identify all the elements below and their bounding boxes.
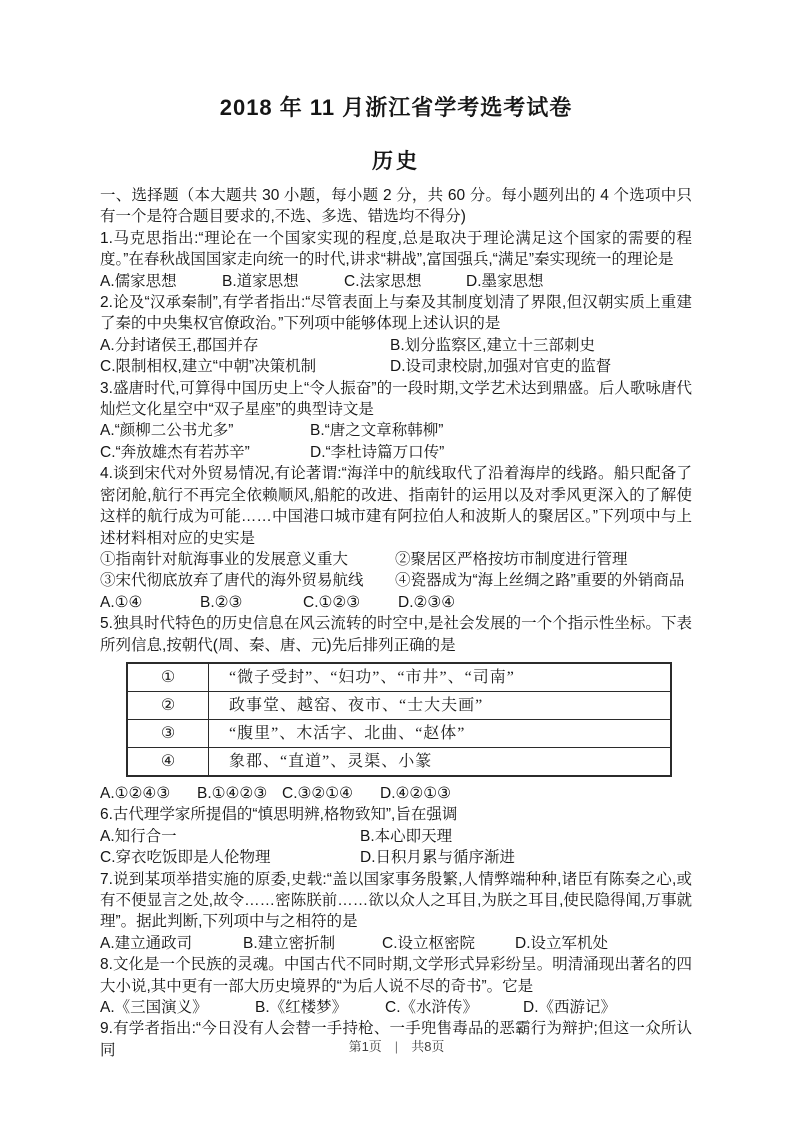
option-d: D.墨家思想 <box>466 271 544 292</box>
table-row: ① “微子受封”、“妇功”、“市井”、“司南” <box>127 663 671 692</box>
question-3-options-row-1: A.“颜柳二公书尤多” B.“唐之文章称韩柳” <box>100 420 692 441</box>
option-b: B.建立密折制 <box>243 933 382 954</box>
section-header: 一、选择题（本大题共 30 小题，每小题 2 分，共 60 分。每小题列出的 4… <box>100 185 692 228</box>
option-c: C.①②③ <box>303 592 398 613</box>
statement-2: ②聚居区严格按坊市制度进行管理 <box>395 549 628 570</box>
question-8-text: 8.文化是一个民族的灵魂。中国古代不同时期,文学形式异彩纷呈。明清涌现出著名的四… <box>100 954 692 997</box>
question-5-options: A.①②④③ B.①④②③ C.③②①④ D.④②①③ <box>100 783 692 804</box>
table-row: ② 政事堂、越窑、夜市、“士大夫画” <box>127 691 671 719</box>
question-7-text: 7.说到某项举措实施的原委,史载:“盖以国家事务殷繁,人情弊端种种,诸臣有陈奏之… <box>100 869 692 933</box>
statement-3: ③宋代彻底放弃了唐代的海外贸易航线 <box>100 570 395 591</box>
table-row-number: ② <box>127 691 209 719</box>
option-d: D.设司隶校尉,加强对官吏的监督 <box>390 356 611 377</box>
option-c: C.穿衣吃饭即是人伦物理 <box>100 847 360 868</box>
option-c: C.法家思想 <box>344 271 466 292</box>
question-5-text: 5.独具时代特色的历史信息在风云流转的时空中,是社会发展的一个个指示性坐标。下表… <box>100 613 692 656</box>
option-b: B.划分监察区,建立十三部刺史 <box>390 335 595 356</box>
option-a: A.①④ <box>100 592 200 613</box>
question-7-options: A.建立通政司 B.建立密折制 C.设立枢密院 D.设立军机处 <box>100 933 692 954</box>
exam-body: 一、选择题（本大题共 30 小题，每小题 2 分，共 60 分。每小题列出的 4… <box>100 185 692 1061</box>
question-2-options-row-2: C.限制相权,建立“中朝”决策机制 D.设司隶校尉,加强对官吏的监督 <box>100 356 692 377</box>
option-d: D.④②①③ <box>380 783 451 804</box>
option-a: A.知行合一 <box>100 826 360 847</box>
page-footer: 第1页|共8页 <box>0 1036 793 1055</box>
question-6-text: 6.古代理学家所提倡的“慎思明辨,格物致知”,旨在强调 <box>100 804 692 825</box>
option-a: A.分封诸侯王,郡国并存 <box>100 335 390 356</box>
statement-4: ④瓷器成为“海上丝绸之路”重要的外销商品 <box>395 570 684 591</box>
statement-1: ①指南针对航海事业的发展意义重大 <box>100 549 395 570</box>
footer-separator: | <box>395 1039 398 1054</box>
option-b: B.“唐之文章称韩柳” <box>310 420 443 441</box>
option-a: A.①②④③ <box>100 783 197 804</box>
exam-page: 2018 年 11 月浙江省学考选考试卷 历史 一、选择题（本大题共 30 小题… <box>100 0 692 1061</box>
option-c: C.限制相权,建立“中朝”决策机制 <box>100 356 390 377</box>
option-d: D.《西游记》 <box>523 997 616 1018</box>
table-row-number: ① <box>127 663 209 692</box>
table-row-content: “腹里”、木活字、北曲、“赵体” <box>209 719 672 747</box>
footer-total-pages: 共8页 <box>411 1039 444 1054</box>
question-5-table: ① “微子受封”、“妇功”、“市井”、“司南” ② 政事堂、越窑、夜市、“士大夫… <box>126 662 672 777</box>
question-2-options-row-1: A.分封诸侯王,郡国并存 B.划分监察区,建立十三部刺史 <box>100 335 692 356</box>
table-row-content: 象郡、“直道”、灵渠、小篆 <box>209 747 672 776</box>
question-3-text: 3.盛唐时代,可算得中国历史上“令人振奋”的一段时期,文学艺术达到鼎盛。后人歌咏… <box>100 378 692 421</box>
question-6-options-row-2: C.穿衣吃饭即是人伦物理 D.日积月累与循序渐进 <box>100 847 692 868</box>
option-b: B.《红楼梦》 <box>255 997 385 1018</box>
question-4-options: A.①④ B.②③ C.①②③ D.②③④ <box>100 592 692 613</box>
footer-page-number: 第1页 <box>349 1039 382 1054</box>
option-d: D.“李杜诗篇万口传” <box>310 442 444 463</box>
option-d: D.设立军机处 <box>515 933 608 954</box>
table-row-number: ④ <box>127 747 209 776</box>
option-a: A.建立通政司 <box>100 933 243 954</box>
option-a: A.《三国演义》 <box>100 997 255 1018</box>
option-c: C.《水浒传》 <box>385 997 523 1018</box>
question-8-options: A.《三国演义》 B.《红楼梦》 C.《水浒传》 D.《西游记》 <box>100 997 692 1018</box>
table-row-content: “微子受封”、“妇功”、“市井”、“司南” <box>209 663 672 692</box>
subject-title: 历史 <box>100 147 692 177</box>
table-row: ④ 象郡、“直道”、灵渠、小篆 <box>127 747 671 776</box>
question-4-text: 4.谈到宋代对外贸易情况,有论著谓:“海洋中的航线取代了沿着海岸的线路。船只配备… <box>100 463 692 549</box>
option-b: B.②③ <box>200 592 303 613</box>
option-b: B.①④②③ <box>197 783 282 804</box>
question-4-statements-row-2: ③宋代彻底放弃了唐代的海外贸易航线 ④瓷器成为“海上丝绸之路”重要的外销商品 <box>100 570 692 591</box>
option-c: C.③②①④ <box>282 783 380 804</box>
table-row-number: ③ <box>127 719 209 747</box>
question-6-options-row-1: A.知行合一 B.本心即天理 <box>100 826 692 847</box>
question-2-text: 2.论及“汉承秦制”,有学者指出:“尽管表面上与秦及其制度划清了界限,但汉朝实质… <box>100 292 692 335</box>
option-c: C.设立枢密院 <box>382 933 515 954</box>
option-c: C.“奔放雄杰有若苏辛” <box>100 442 310 463</box>
table-row: ③ “腹里”、木活字、北曲、“赵体” <box>127 719 671 747</box>
option-d: D.日积月累与循序渐进 <box>360 847 515 868</box>
option-b: B.本心即天理 <box>360 826 452 847</box>
option-b: B.道家思想 <box>222 271 344 292</box>
question-1-options: A.儒家思想 B.道家思想 C.法家思想 D.墨家思想 <box>100 271 692 292</box>
page-title: 2018 年 11 月浙江省学考选考试卷 <box>100 93 692 123</box>
question-3-options-row-2: C.“奔放雄杰有若苏辛” D.“李杜诗篇万口传” <box>100 442 692 463</box>
question-1-text: 1.马克思指出:“理论在一个国家实现的程度,总是取决于理论满足这个国家的需要的程… <box>100 228 692 271</box>
option-a: A.“颜柳二公书尤多” <box>100 420 310 441</box>
question-4-statements-row-1: ①指南针对航海事业的发展意义重大 ②聚居区严格按坊市制度进行管理 <box>100 549 692 570</box>
table-row-content: 政事堂、越窑、夜市、“士大夫画” <box>209 691 672 719</box>
option-d: D.②③④ <box>398 592 455 613</box>
option-a: A.儒家思想 <box>100 271 222 292</box>
